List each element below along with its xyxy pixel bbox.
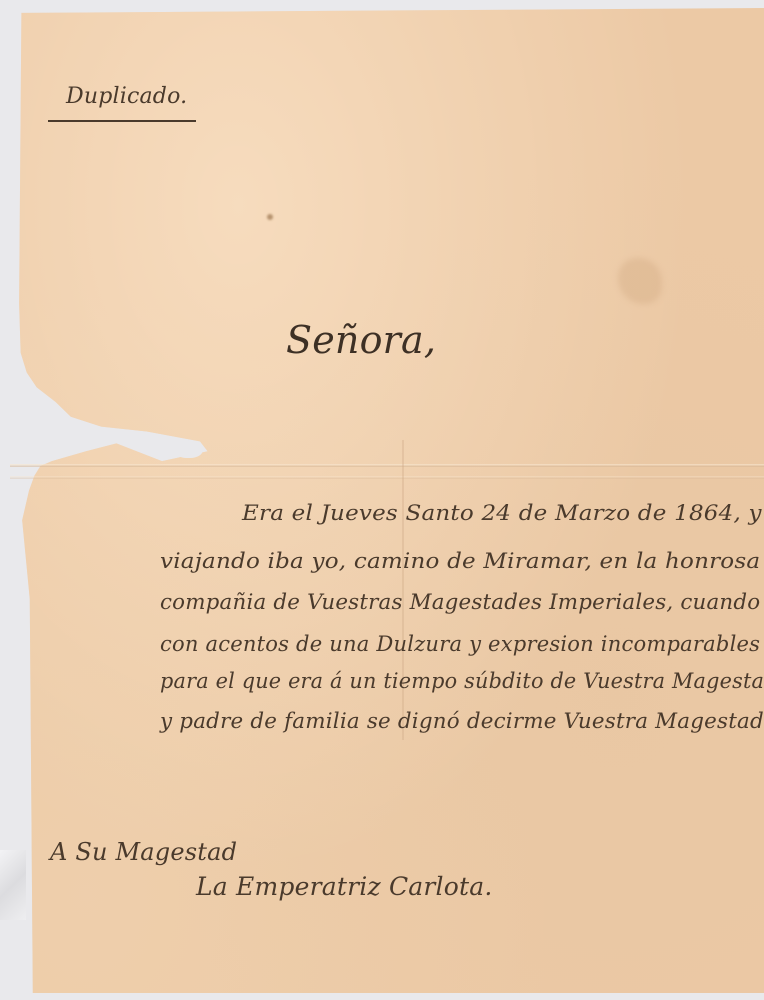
scanner-background-fold <box>0 850 26 920</box>
body-line: compañia de Vuestras Magestades Imperial… <box>160 590 760 614</box>
addressee-name: La Emperatriz Carlota. <box>196 872 493 901</box>
paper-tear-hole <box>175 440 203 458</box>
duplicate-label: Duplicado. <box>66 84 187 109</box>
body-line: Era el Jueves Santo 24 de Marzo de 1864,… <box>242 501 762 525</box>
horizontal-fold-crease <box>10 464 764 467</box>
body-line: con acentos de una Dulzura y expresion i… <box>160 632 760 656</box>
ink-spot <box>267 214 273 220</box>
body-line: y padre de familia se dignó decirme Vues… <box>160 709 764 733</box>
body-line: viajando iba yo, camino de Miramar, en l… <box>160 549 760 573</box>
horizontal-fold-crease-secondary <box>10 476 764 479</box>
body-line: para el que era á un tiempo súbdito de V… <box>160 669 764 693</box>
header-underline <box>48 120 196 122</box>
salutation: Señora, <box>286 318 436 362</box>
addressee-title: A Su Magestad <box>50 838 237 866</box>
